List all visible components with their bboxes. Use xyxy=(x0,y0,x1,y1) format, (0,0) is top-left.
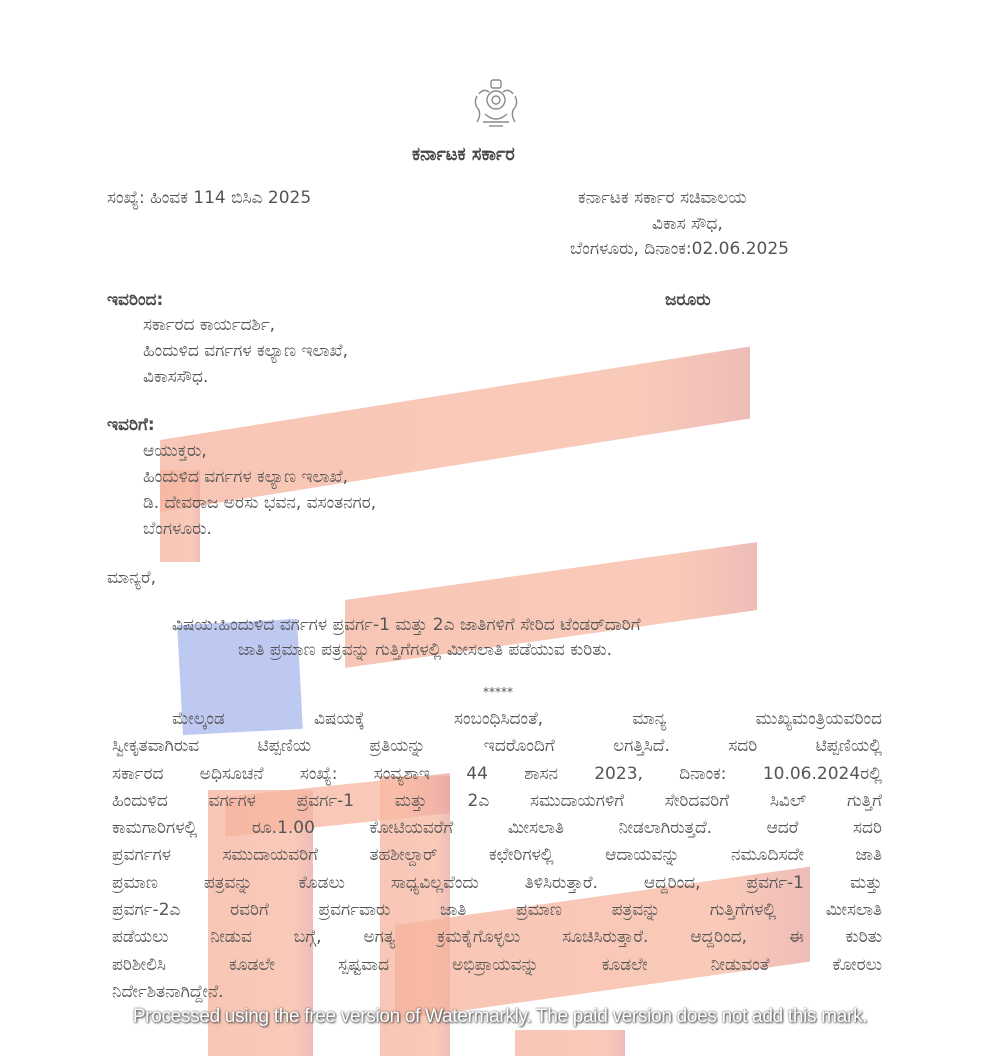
body-line: ಮೇಲ್ಕಂಡ ವಿಷಯಕ್ಕೆ ಸಂಬಂಧಿಸಿದಂತೆ, ಮಾನ್ಯ ಮುಖ… xyxy=(112,706,882,733)
from-line-1: ಸರ್ಕಾರದ ಕಾರ್ಯದರ್ಶಿ, xyxy=(143,312,275,339)
subject-line-1: ವಿಷಯ:ಹಿಂದುಳಿದ ವರ್ಗಗಳ ಪ್ರವರ್ಗ-1 ಮತ್ತು 2ಎ … xyxy=(172,612,641,639)
body-line: ಪರಿಶೀಲಿಸಿ ಕೂಡಲೇ ಸ್ಪಷ್ಟವಾದ ಅಭಿಪ್ರಾಯವನ್ನು … xyxy=(112,952,882,979)
body-line: ನಿರ್ದೇಶಿತನಾಗಿದ್ದೇನೆ. xyxy=(112,979,882,1006)
body-line: ಪ್ರವರ್ಗಗಳ ಸಮುದಾಯವರಿಗೆ ತಹಶೀಲ್ದಾರ್ ಕಛೇರಿಗಳ… xyxy=(112,842,882,869)
body-paragraph: ಮೇಲ್ಕಂಡ ವಿಷಯಕ್ಕೆ ಸಂಬಂಧಿಸಿದಂತೆ, ಮಾನ್ಯ ಮುಖ… xyxy=(112,706,882,1006)
reference-number: ಸಂಖ್ಯೆ: ಹಿಂವಕ 114 ಬಿಸಿಎ 2025 xyxy=(107,185,311,212)
from-line-3: ವಿಕಾಸಸೌಧ. xyxy=(143,364,208,391)
salutation: ಮಾನ್ಯರೆ, xyxy=(107,565,156,592)
government-name: ಕರ್ನಾಟಕ ಸರ್ಕಾರ xyxy=(412,141,515,168)
office-address-line2: ವಿಕಾಸ ಸೌಧ, xyxy=(652,211,723,238)
urgent-label: ಜರೂರು xyxy=(665,287,711,314)
watermark-text: Processed using the free version of Wate… xyxy=(0,1006,1000,1028)
body-line: ಕಾಮಗಾರಿಗಳಲ್ಲಿ ರೂ.1.00 ಕೋಟಿಯವರೆಗೆ ಮೀಸಲಾತಿ… xyxy=(112,815,882,842)
to-line-3: ಡಿ. ದೇವರಾಜ ಅರಸು ಭವನ, ವಸಂತನಗರ, xyxy=(143,490,376,517)
body-line: ಪ್ರಮಾಣ ಪತ್ರವನ್ನು ಕೊಡಲು ಸಾಧ್ಯವಿಲ್ಲವೆಂದು ತ… xyxy=(112,870,882,897)
subject-line-2: ಜಾತಿ ಪ್ರಮಾಣ ಪತ್ರವನ್ನು ಗುತ್ತಿಗೆಗಳಲ್ಲಿ ಮೀಸ… xyxy=(238,637,612,664)
overlay-shape-lower-strip xyxy=(515,1030,625,1056)
karnataka-emblem-icon xyxy=(465,74,527,136)
office-address-date: ಬೆಂಗಳೂರು, ದಿನಾಂಕ:02.06.2025 xyxy=(570,236,789,263)
body-line: ಪ್ರವರ್ಗ-2ಎ ರವರಿಗೆ ಪ್ರವರ್ಗವಾರು ಜಾತಿ ಪ್ರಮಾ… xyxy=(112,897,882,924)
office-address-line1: ಕರ್ನಾಟಕ ಸರ್ಕಾರ ಸಚಿವಾಲಯ xyxy=(578,185,747,212)
to-line-1: ಆಯುಕ್ತರು, xyxy=(143,438,207,465)
from-line-2: ಹಿಂದುಳಿದ ವರ್ಗಗಳ ಕಲ್ಯಾಣ ಇಲಾಖೆ, xyxy=(143,338,348,365)
to-line-4: ಬೆಂಗಳೂರು. xyxy=(143,516,212,543)
body-line: ಹಿಂದುಳಿದ ವರ್ಗಗಳ ಪ್ರವರ್ಗ-1 ಮತ್ತು 2ಎ ಸಮುದಾ… xyxy=(112,788,882,815)
to-label: ಇವರಿಗೆ: xyxy=(107,412,155,439)
body-line: ಸರ್ಕಾರದ ಅಧಿಸೂಚನೆ ಸಂಖ್ಯೆ: ಸಂವ್ಯಶಾಇ 44 ಶಾಸ… xyxy=(112,761,882,788)
to-line-2: ಹಿಂದುಳಿದ ವರ್ಗಗಳ ಕಲ್ಯಾಣ ಇಲಾಖೆ, xyxy=(143,464,348,491)
separator: ***** xyxy=(483,684,513,700)
body-line: ಸ್ವೀಕೃತವಾಗಿರುವ ಟಿಪ್ಪಣಿಯ ಪ್ರತಿಯನ್ನು ಇದರೊಂ… xyxy=(112,733,882,760)
from-label: ಇವರಿಂದ: xyxy=(107,287,163,314)
body-line: ಪಡೆಯಲು ನೀಡುವ ಬಗ್ಗೆ, ಅಗತ್ಯ ಕ್ರಮಕೈಗೊಳ್ಳಲು … xyxy=(112,924,882,951)
